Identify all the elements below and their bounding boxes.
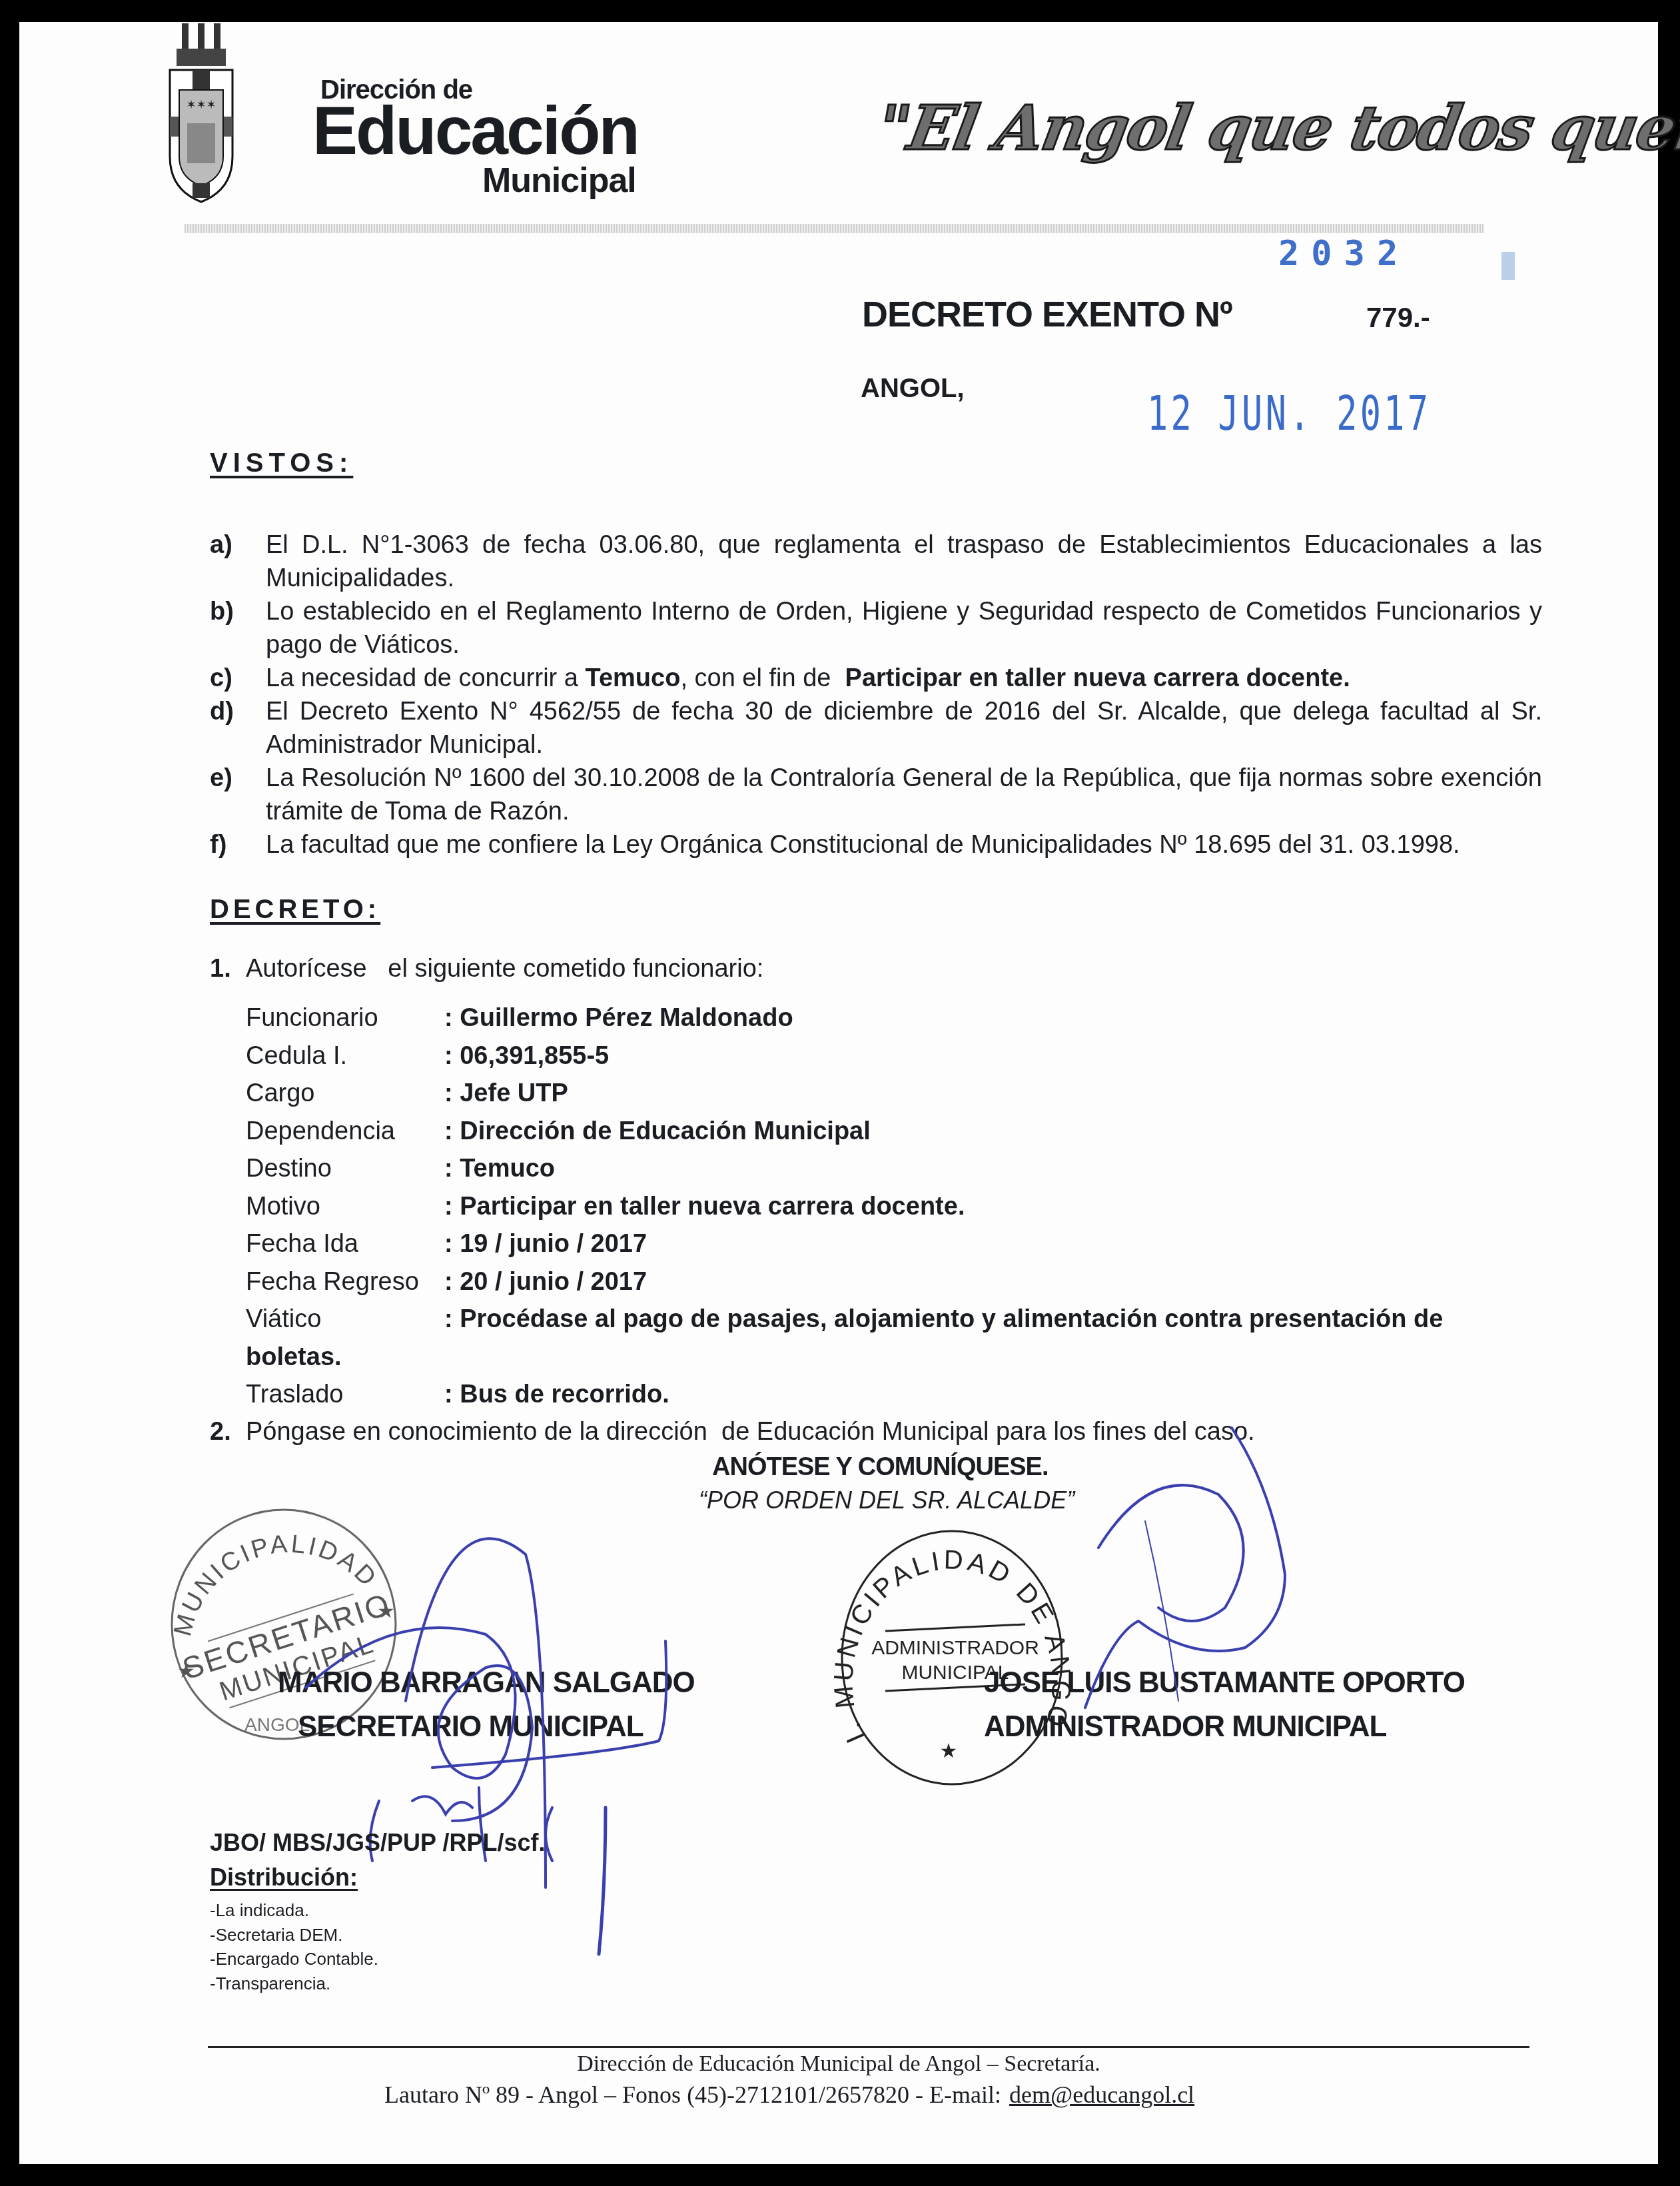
svg-text:★: ★ — [177, 1660, 195, 1682]
field-fecha-regreso: Fecha Regreso: 20 / junio / 2017 — [210, 1263, 1542, 1301]
footer-divider — [208, 2046, 1529, 2048]
footer-line-1: Dirección de Educación Municipal de Ango… — [19, 2051, 1658, 2077]
svg-text:✶✶✶: ✶✶✶ — [186, 98, 216, 111]
field-cedula-i: Cedula I.: 06,391,855-5 — [210, 1037, 1542, 1075]
slogan: "El Angol que todos queremos..." — [872, 92, 1680, 164]
distribution-item: -Secretaria DEM. — [210, 1923, 378, 1947]
distribution-item: -Transparencia. — [210, 1971, 378, 1996]
visto-item: f)La facultad que me confiere la Ley Org… — [210, 828, 1542, 861]
closing-anotese: ANÓTESE Y COMUNÍQUESE. — [712, 1453, 1048, 1482]
field-destino: Destino: Temuco — [210, 1150, 1542, 1188]
decreto-item-1: 1.Autorícese el siguiente cometido funci… — [210, 950, 1542, 987]
footer-email-link[interactable]: dem@educangol.cl — [1009, 2081, 1194, 2108]
distribution-item: -La indicada. — [210, 1898, 378, 1923]
seal-secretario-municipal: MUNICIPALIDAD SECRETARIO MUNICIPAL ANGOL… — [164, 1504, 404, 1744]
field-traslado: Traslado: Bus de recorrido. — [210, 1376, 1542, 1414]
initials-reference: JBO/ MBS/JGS/PUP /RPL/scf. — [210, 1829, 545, 1857]
signatory-left-name: MARIO BARRAGAN SALGADO — [278, 1666, 695, 1700]
distribution-list: -La indicada. -Secretaria DEM. -Encargad… — [210, 1898, 378, 1995]
date-stamp: 12 JUN. 2017 — [1147, 385, 1431, 441]
field-dependencia: Dependencia: Dirección de Educación Muni… — [210, 1113, 1542, 1151]
field-fecha-ida: Fecha Ida: 19 / junio / 2017 — [210, 1225, 1542, 1263]
field-motivo: Motivo: Participar en taller nueva carre… — [210, 1188, 1542, 1226]
decreto-heading: DECRETO: — [210, 895, 380, 925]
viatico-continuation: boletas. — [210, 1339, 1542, 1376]
signatory-right-name: JOSE LUIS BUSTAMANTE OPORTO — [984, 1666, 1465, 1700]
distribution-heading: Distribución: — [210, 1864, 358, 1892]
field-vi-tico: Viático: Procédase al pago de pasajes, a… — [210, 1301, 1542, 1339]
decree-title: DECRETO EXENTO Nº — [862, 294, 1232, 335]
cometido-fields: Funcionario: Guillermo Pérez MaldonadoCe… — [210, 999, 1542, 1339]
visto-item: d)El Decreto Exento N° 4562/55 de fecha … — [210, 695, 1542, 762]
decreto-item-2: 2.Póngase en conocimiento de la direcció… — [210, 1413, 1542, 1450]
svg-text:ADMINISTRADOR: ADMINISTRADOR — [871, 1637, 1039, 1659]
logo-text-educacion: Educación — [312, 97, 638, 165]
footer-line-2: Lautaro Nº 89 - Angol – Fonos (45)-27121… — [384, 2081, 1194, 2109]
decree-place: ANGOL, — [861, 374, 965, 404]
logo-text-municipal: Municipal — [482, 161, 636, 201]
field-funcionario: Funcionario: Guillermo Pérez Maldonado — [210, 999, 1542, 1037]
signatory-left-title: SECRETARIO MUNICIPAL — [298, 1710, 643, 1744]
distribution-item: -Encargado Contable. — [210, 1947, 378, 1971]
decreto-body: 1.Autorícese el siguiente cometido funci… — [210, 950, 1542, 1450]
visto-item: c)La necesidad de concurrir a Temuco, co… — [210, 662, 1542, 695]
closing-por-orden: “POR ORDEN DEL SR. ALCALDE” — [699, 1486, 1074, 1514]
received-number-stamp: 2032 — [1278, 234, 1410, 274]
decree-number: 779.- — [1366, 302, 1430, 334]
visto-item: b)Lo establecido en el Reglamento Intern… — [210, 595, 1542, 662]
svg-text:★: ★ — [940, 1740, 958, 1762]
vistos-list: a)El D.L. N°1-3063 de fecha 03.06.80, qu… — [210, 528, 1542, 861]
header-divider — [185, 224, 1483, 233]
document-page: ✶✶✶ Dirección de Educación Municipal "El… — [19, 22, 1658, 2164]
visto-item: e)La Resolución Nº 1600 del 30.10.2008 d… — [210, 762, 1542, 828]
svg-text:★: ★ — [377, 1600, 395, 1622]
vistos-heading: VISTOS: — [210, 448, 353, 478]
field-cargo: Cargo: Jefe UTP — [210, 1075, 1542, 1113]
stamp-fragment — [1501, 252, 1515, 280]
coat-of-arms-icon: ✶✶✶ — [167, 23, 235, 203]
seal-administrador-municipal: I. MUNICIPALIDAD DE ANGOL ADMINISTRADOR … — [832, 1524, 1072, 1791]
visto-item: a)El D.L. N°1-3063 de fecha 03.06.80, qu… — [210, 528, 1542, 595]
signatory-right-title: ADMINISTRADOR MUNICIPAL — [984, 1710, 1386, 1744]
